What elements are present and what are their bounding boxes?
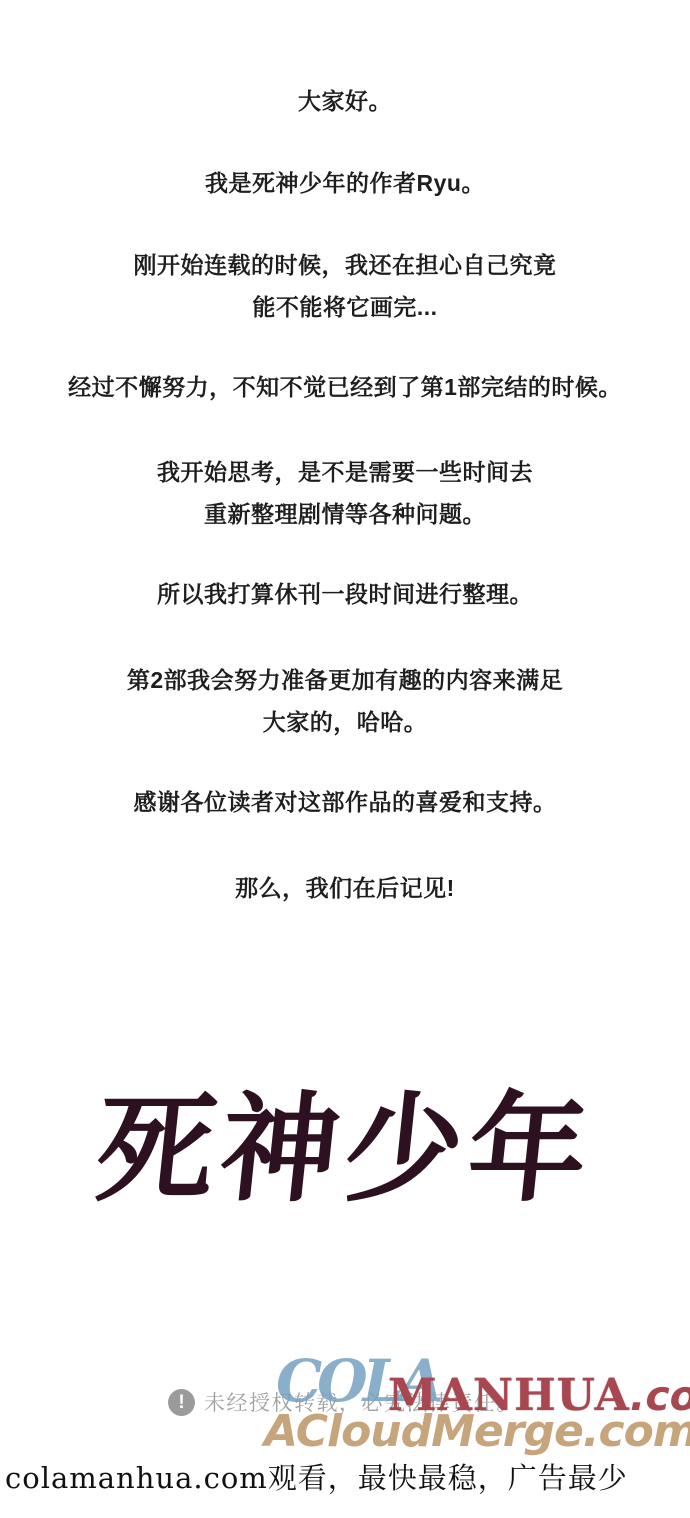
site-promo-text: colamanhua.com观看，最快最稳，广告最少	[5, 1456, 628, 1497]
watermark-manhua: MANHUA.com	[388, 1372, 690, 1420]
author-note-line: 我开始思考，是不是需要一些时间去	[0, 459, 690, 487]
author-note-line: 第2部我会努力准备更加有趣的内容来满足	[0, 667, 690, 695]
exclamation-circle-icon: !	[168, 1389, 195, 1416]
comic-afterword-page: 大家好。 我是死神少年的作者Ryu。 刚开始连载的时候，我还在担心自己究竟 能不…	[0, 0, 690, 1518]
author-note-line: 大家好。	[0, 88, 690, 116]
watermark-brand-suffix: .com	[630, 1372, 690, 1420]
author-note-line: 感谢各位读者对这部作品的喜爱和支持。	[0, 789, 690, 817]
series-title-logo: 死神少年	[0, 1072, 690, 1225]
author-note-line: 经过不懈努力，不知不觉已经到了第1部完结的时候。	[0, 374, 690, 402]
author-note-line: 刚开始连载的时候，我还在担心自己究竟	[0, 252, 690, 280]
author-note-line: 我是死神少年的作者Ryu。	[0, 170, 690, 198]
author-note-line: 那么，我们在后记见!	[0, 875, 690, 903]
author-note-line: 所以我打算休刊一段时间进行整理。	[0, 581, 690, 609]
watermark-brand-text: MANHUA	[388, 1370, 630, 1421]
author-note-line: 重新整理剧情等各种问题。	[0, 501, 690, 529]
author-note-line: 能不能将它画完...	[0, 294, 690, 322]
author-note-line: 大家的，哈哈。	[0, 709, 690, 737]
